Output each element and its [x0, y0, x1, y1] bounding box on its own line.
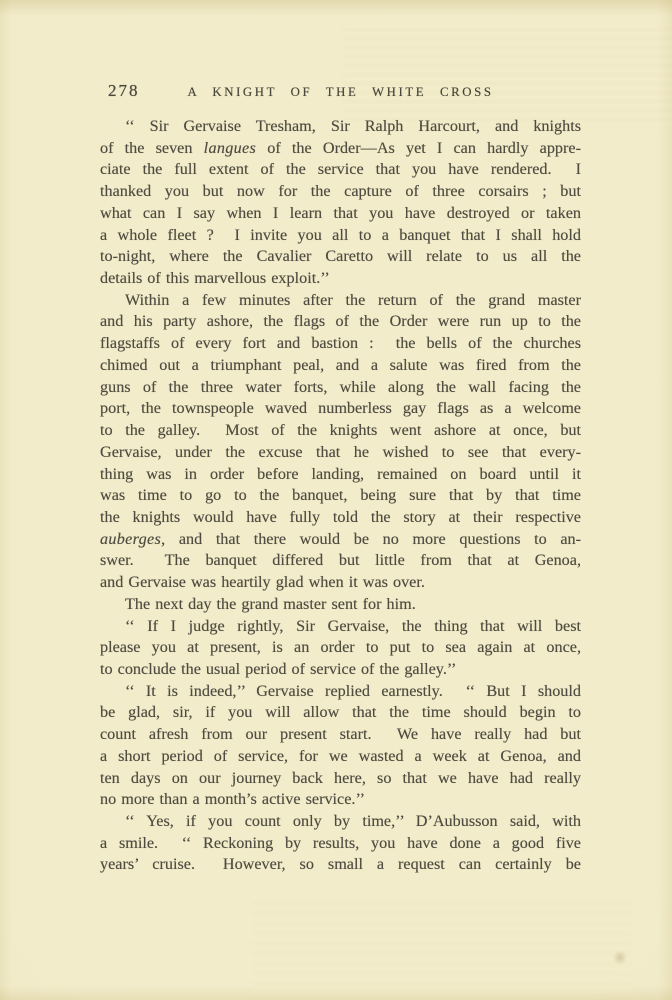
text-line: the knights would have fully told the st… — [100, 507, 581, 529]
page-header: 278 A KNIGHT OF THE WHITE CROSS — [100, 82, 581, 102]
text-line: Within a few minutes after the return of… — [100, 290, 581, 312]
text-line: count afresh from our present start. We … — [100, 724, 581, 746]
text-line: years’ cruise. However, so small a reque… — [100, 854, 581, 876]
text-line: be glad, sir, if you will allow that the… — [100, 702, 581, 724]
text-line: a smile. ‘‘ Reckoning by results, you ha… — [100, 833, 581, 855]
text-line: details of this marvellous exploit.’’ — [100, 268, 581, 290]
text-line: please you at present, is an order to pu… — [100, 637, 581, 659]
text-line: of the seven langues of the Order—As yet… — [100, 138, 581, 160]
text-line: thanked you but now for the capture of t… — [100, 181, 581, 203]
text-line: flagstaffs of every fort and bastion : t… — [100, 333, 581, 355]
scan-blemish-spot — [612, 951, 628, 964]
text-line: ‘‘ It is indeed,’’ Gervaise replied earn… — [100, 681, 581, 703]
text-line: guns of the three water forts, while alo… — [100, 377, 581, 399]
text-line: chimed out a triumphant peal, and a salu… — [100, 355, 581, 377]
text-line: The next day the grand master sent for h… — [100, 594, 581, 616]
text-line: ciate the full extent of the service tha… — [100, 159, 581, 181]
text-line: no more than a month’s active service.’’ — [100, 789, 581, 811]
page-number: 278 — [108, 81, 140, 101]
text-line: swer. The banquet differed but little fr… — [100, 550, 581, 572]
text-line: auberges, and that there would be no mor… — [100, 529, 581, 551]
running-title: A KNIGHT OF THE WHITE CROSS — [100, 82, 581, 100]
text-line: ‘‘ If I judge rightly, Sir Gervaise, the… — [100, 616, 581, 638]
text-line: to conclude the usual period of service … — [100, 659, 581, 681]
scan-streaks-bottom — [252, 902, 632, 992]
text-line: and his party ashore, the flags of the O… — [100, 311, 581, 333]
scan-streaks-top — [342, 28, 672, 128]
book-page-scan: 278 A KNIGHT OF THE WHITE CROSS ‘‘ Sir G… — [0, 0, 672, 1000]
text-block: ‘‘ Sir Gervaise Tresham, Sir Ralph Harco… — [100, 116, 581, 876]
text-line: a whole fleet ? I invite you all to a ba… — [100, 225, 581, 247]
text-line: to the galley. Most of the knights went … — [100, 420, 581, 442]
text-line: what can I say when I learn that you hav… — [100, 203, 581, 225]
text-line: a short period of service, for we wasted… — [100, 746, 581, 768]
text-line: ‘‘ Sir Gervaise Tresham, Sir Ralph Harco… — [100, 116, 581, 138]
text-line: to-night, where the Cavalier Caretto wil… — [100, 246, 581, 268]
text-line: ‘‘ Yes, if you count only by time,’’ D’A… — [100, 811, 581, 833]
text-line: ten days on our journey back here, so th… — [100, 768, 581, 790]
text-line: thing was in order before landing, remai… — [100, 464, 581, 486]
text-line: port, the townspeople waved numberless g… — [100, 398, 581, 420]
text-line: and Gervaise was heartily glad when it w… — [100, 572, 581, 594]
text-line: was time to go to the banquet, being sur… — [100, 485, 581, 507]
text-line: Gervaise, under the excuse that he wishe… — [100, 442, 581, 464]
